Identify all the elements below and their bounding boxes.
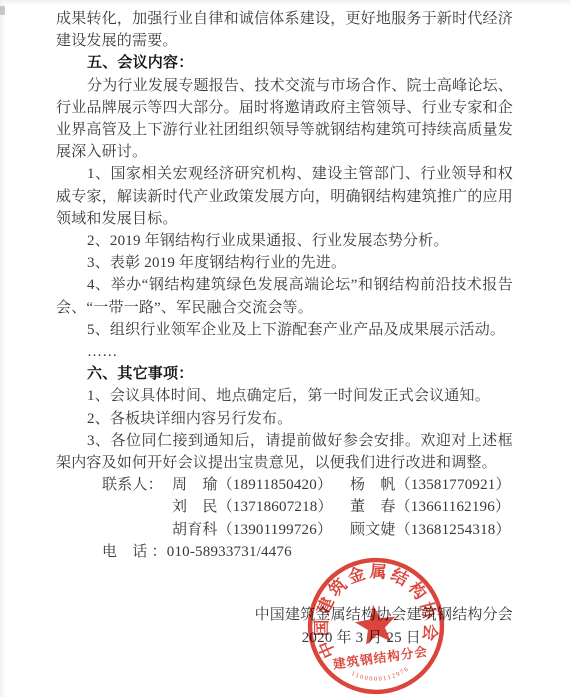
paragraph: 3、各位同仁接到通知后，请提前做好参会安排。欢迎对上述框架内容及如何开好会议提出…	[56, 430, 513, 474]
paragraph: 2、各板块详细内容另行发布。	[56, 408, 513, 430]
document-body: 成果转化，加强行业自律和诚信体系建设，更好地服务于新时代经济建设发展的需要。五、…	[56, 8, 513, 474]
contact-label: 联系人：	[56, 474, 172, 496]
section-heading: 五、会议内容：	[56, 52, 513, 74]
paragraph: 1、会议具体时间、地点确定后，第一时间发正式会议通知。	[56, 385, 513, 407]
contacts-block: 联系人：周 瑜（18911850420）杨 帆（13581770921）刘 民（…	[56, 474, 513, 541]
seal-branch-text: 建筑钢结构分会	[331, 644, 429, 672]
paragraph: ……	[56, 341, 513, 363]
phone-label: 电 话 ：	[102, 544, 167, 560]
paragraph: 3、表彰 2019 年度钢结构行业的先进。	[56, 252, 513, 274]
contact-row: 联系人：周 瑜（18911850420）杨 帆（13581770921）	[56, 474, 513, 496]
contact-name: 董 春（13661162196）	[350, 496, 513, 518]
paragraph: 成果转化，加强行业自律和诚信体系建设，更好地服务于新时代经济建设发展的需要。	[56, 8, 513, 52]
phone-number: 010-58933731/4476	[167, 544, 292, 560]
section-heading: 六、其它事项：	[56, 363, 513, 385]
official-seal: 中国建筑金属结构协会 建筑钢结构分会 1100000112976	[305, 555, 447, 697]
contact-name: 周 瑜（18911850420）	[172, 474, 350, 496]
paragraph: 2、2019 年钢结构行业成果通报、行业发展态势分析。	[56, 230, 513, 252]
paragraph: 4、举办“钢结构建筑绿色发展高端论坛”和钢结构前沿技术报告会、“一带一路”、军民…	[56, 274, 513, 318]
contact-row: 刘 民（13718607218）董 春（13661162196）	[56, 496, 513, 518]
contact-name: 胡育科（13901199726）	[172, 519, 350, 541]
seal-star-icon	[353, 602, 399, 646]
contact-name: 杨 帆（13581770921）	[350, 474, 513, 496]
contact-row: 胡育科（13901199726）顾文婕（13681254318）	[56, 519, 513, 541]
document-content: 成果转化，加强行业自律和诚信体系建设，更好地服务于新时代经济建设发展的需要。五、…	[56, 8, 513, 563]
paragraph: 5、组织行业领军企业及上下游配套产业产品及成果展示活动。	[56, 319, 513, 341]
contact-label	[56, 519, 172, 541]
contact-name: 顾文婕（13681254318）	[350, 519, 513, 541]
paragraph: 1、国家相关宏观经济研究机构、建设主管部门、行业领导和权威专家，解读新时代产业政…	[56, 163, 513, 230]
contact-label	[56, 496, 172, 518]
paragraph: 分为行业发展专题报告、技术交流与市场合作、院士高峰论坛、行业品牌展示等四大部分。…	[56, 75, 513, 164]
scanned-notice-page: 成果转化，加强行业自律和诚信体系建设，更好地服务于新时代经济建设发展的需要。五、…	[0, 0, 570, 697]
scan-artifact	[0, 6, 5, 15]
contact-name: 刘 民（13718607218）	[172, 496, 350, 518]
